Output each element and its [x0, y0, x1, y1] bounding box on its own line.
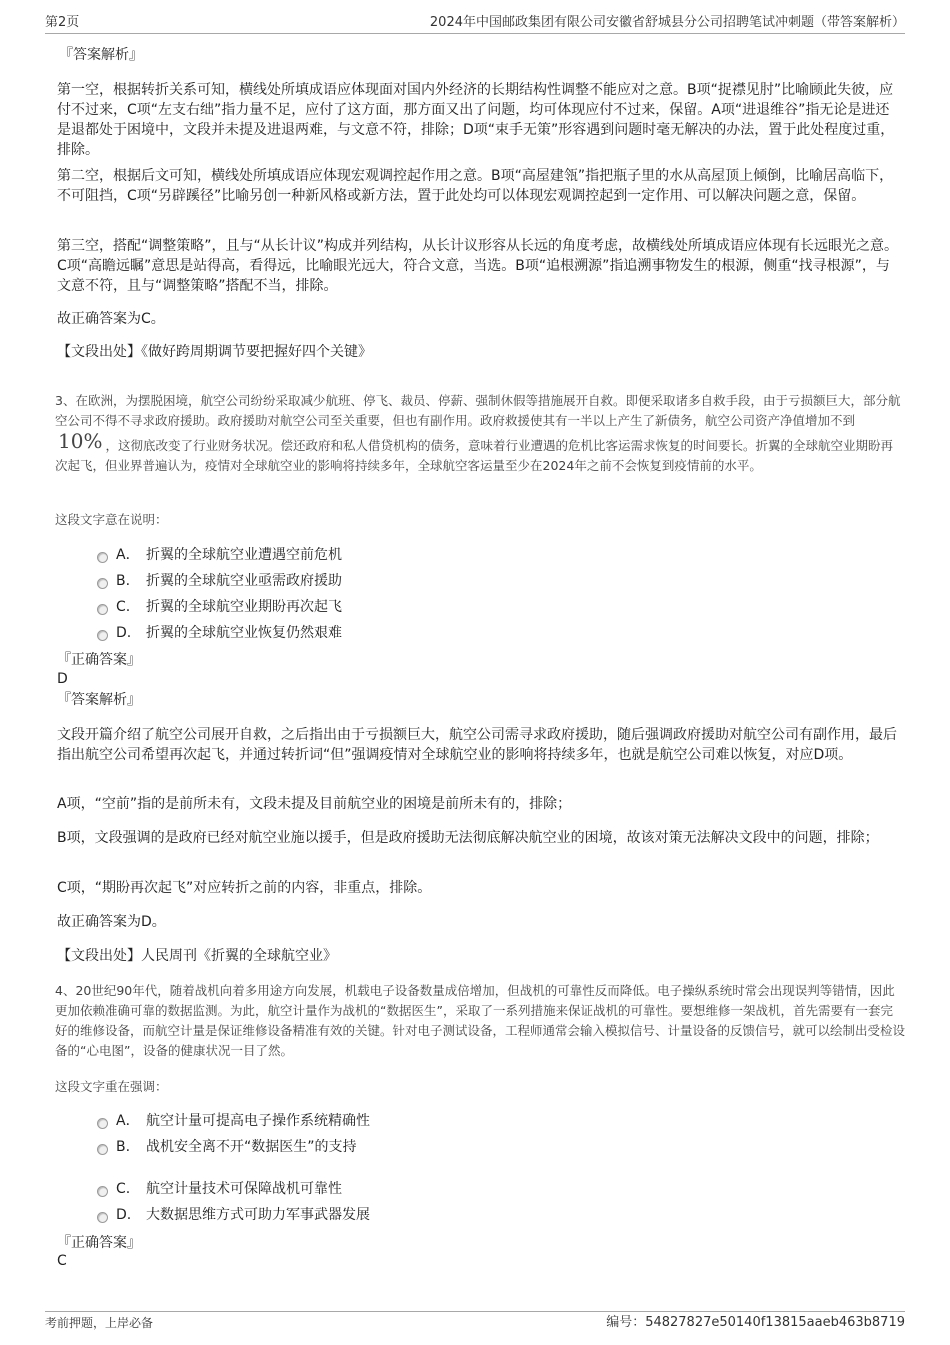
option-letter: D.	[116, 623, 146, 643]
analysis-paragraph-1: 文段开篇介绍了航空公司展开自救，之后指出由于亏损额巨大，航空公司需寻求政府援助，…	[57, 725, 900, 765]
option-text: 大数据思维方式可助力军事武器发展	[146, 1205, 370, 1225]
question-4-option-b[interactable]: B. 战机安全离不开“数据医生”的支持	[97, 1137, 357, 1157]
page-footer: 考前押题，上岸必备 编号：54827827e50140f13815aaeb463…	[45, 1311, 905, 1330]
page-number: 第2页	[45, 14, 79, 31]
radio-button[interactable]	[97, 578, 108, 589]
question-3-option-d[interactable]: D. 折翼的全球航空业恢复仍然艰难	[97, 623, 342, 643]
correct-answer-value: C	[57, 1251, 897, 1271]
question-3-option-c[interactable]: C. 折翼的全球航空业期盼再次起飞	[97, 597, 342, 617]
correct-answer-value: D	[57, 669, 897, 689]
question-3-option-a[interactable]: A． 折翼的全球航空业遭遇空前危机	[97, 545, 342, 565]
question-3-stem: 3、在欧洲，为摆脱困境，航空公司纷纷采取减少航班、停飞、裁员、停薪、强制休假等措…	[55, 391, 905, 476]
analysis-paragraph-2: 第二空，根据后文可知，横线处所填成语应体现宏观调控起作用之意。B项“高屋建瓴”指…	[57, 166, 900, 206]
footer-slogan: 考前押题，上岸必备	[45, 1314, 153, 1332]
radio-button[interactable]	[97, 1118, 108, 1129]
option-text: 航空计量技术可保障战机可靠性	[146, 1179, 342, 1199]
radio-button[interactable]	[97, 1144, 108, 1155]
question-4-option-c[interactable]: C. 航空计量技术可保障战机可靠性	[97, 1179, 342, 1199]
option-text: 战机安全离不开“数据医生”的支持	[146, 1137, 357, 1157]
question-3-percent: 10%	[58, 429, 102, 453]
option-letter: B.	[116, 571, 146, 591]
question-3-stem-part1: 3、在欧洲，为摆脱困境，航空公司纷纷采取减少航班、停飞、裁员、停薪、强制休假等措…	[55, 393, 900, 428]
serial-number: 编号：54827827e50140f13815aaeb463b8719	[606, 1314, 905, 1332]
analysis-paragraph-a: A项，“空前”指的是前所未有，文段未提及目前航空业的困境是前所未有的，排除；	[57, 794, 900, 814]
option-text: 航空计量可提高电子操作系统精确性	[146, 1111, 370, 1131]
analysis-paragraph-c: C项，“期盼再次起飞”对应转折之前的内容，非重点，排除。	[57, 878, 900, 898]
serial-value: 54827827e50140f13815aaeb463b8719	[645, 1315, 905, 1330]
question-4-stem: 4、20世纪90年代，随着战机向着多用途方向发展，机载电子设备数量成倍增加，但战…	[55, 981, 905, 1061]
source-citation: 【文段出处】人民周刊《折翼的全球航空业》	[57, 946, 897, 966]
analysis-paragraph-1: 第一空，根据转折关系可知，横线处所填成语应体现面对国内外经济的长期结构性调整不能…	[57, 80, 900, 160]
radio-button[interactable]	[97, 604, 108, 615]
option-letter: B.	[116, 1137, 146, 1157]
option-text: 折翼的全球航空业亟需政府援助	[146, 571, 342, 591]
option-letter: D.	[116, 1205, 146, 1225]
analysis-paragraph-3: 第三空，搭配“调整策略”，且与“从长计议”构成并列结构，从长计议形容从长远的角度…	[57, 236, 900, 296]
question-4-prompt: 这段文字重在强调：	[55, 1077, 168, 1095]
source-citation: 【文段出处】《做好跨周期调节要把握好四个关键》	[57, 342, 897, 362]
serial-label: 编号：	[606, 1315, 645, 1330]
radio-button[interactable]	[97, 552, 108, 563]
document-title: 2024年中国邮政集团有限公司安徽省舒城县分公司招聘笔试冲刺题（带答案解析）	[430, 14, 905, 31]
question-4-option-a[interactable]: A． 航空计量可提高电子操作系统精确性	[97, 1111, 370, 1131]
option-letter: A．	[116, 1111, 146, 1131]
question-3-prompt: 这段文字意在说明：	[55, 510, 168, 528]
page-header: 第2页 2024年中国邮政集团有限公司安徽省舒城县分公司招聘笔试冲刺题（带答案解…	[45, 14, 905, 34]
analysis-label: 『答案解析』	[57, 690, 897, 710]
option-text: 折翼的全球航空业恢复仍然艰难	[146, 623, 342, 643]
correct-answer-label: 『正确答案』	[57, 650, 897, 670]
answer-conclusion: 故正确答案为C。	[57, 309, 900, 329]
radio-button[interactable]	[97, 630, 108, 641]
question-3-option-b[interactable]: B. 折翼的全球航空业亟需政府援助	[97, 571, 342, 591]
analysis-paragraph-b: B项，文段强调的是政府已经对航空业施以援手，但是政府援助无法彻底解决航空业的困境…	[57, 828, 900, 848]
question-4-option-d[interactable]: D. 大数据思维方式可助力军事武器发展	[97, 1205, 370, 1225]
option-text: 折翼的全球航空业期盼再次起飞	[146, 597, 342, 617]
option-letter: C.	[116, 597, 146, 617]
option-letter: A．	[116, 545, 146, 565]
radio-button[interactable]	[97, 1212, 108, 1223]
radio-button[interactable]	[97, 1186, 108, 1197]
answer-conclusion: 故正确答案为D。	[57, 912, 900, 932]
option-text: 折翼的全球航空业遭遇空前危机	[146, 545, 342, 565]
question-3-stem-part2: ，这彻底改变了行业财务状况。偿还政府和私人借贷机构的债务，意味着行业遭遇的危机比…	[55, 438, 893, 473]
correct-answer-label: 『正确答案』	[57, 1233, 897, 1253]
analysis-label: 『答案解析』	[59, 45, 899, 65]
option-letter: C.	[116, 1179, 146, 1199]
